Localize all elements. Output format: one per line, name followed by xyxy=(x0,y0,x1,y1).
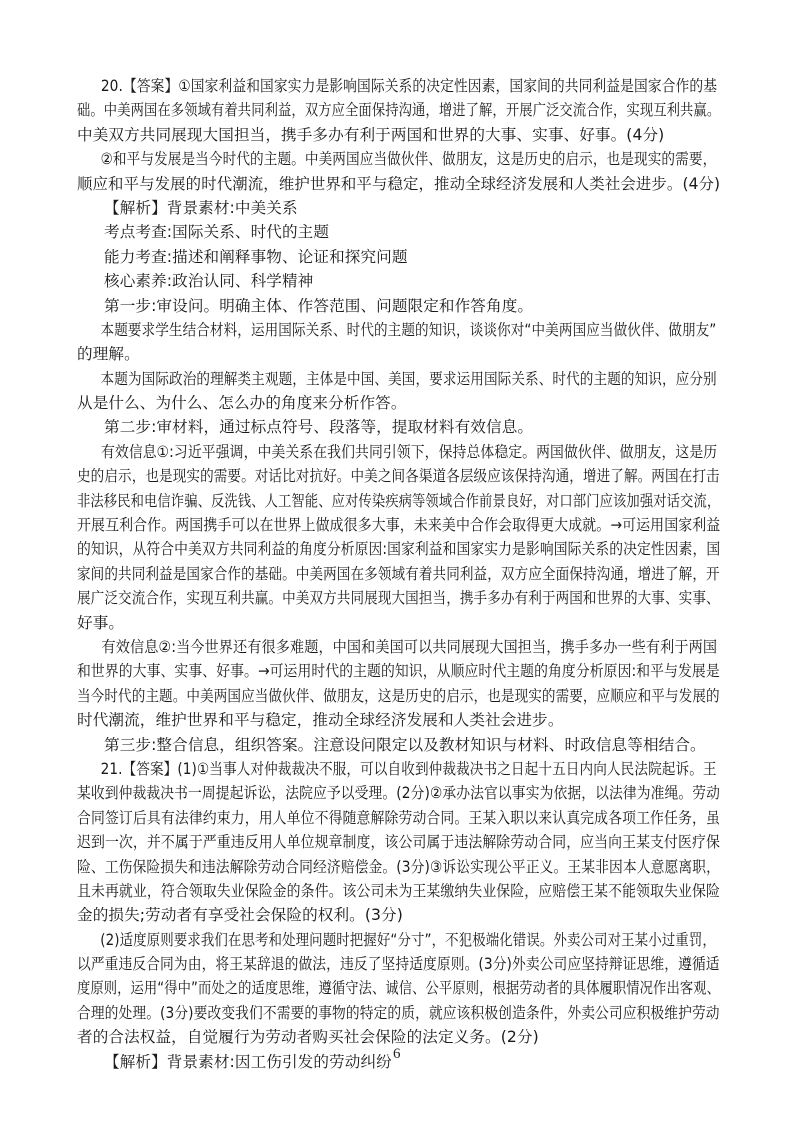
text-line: 【解析】背景素材:中美关系 xyxy=(77,196,720,220)
text-line: 能力考查:描述和阐释事物、论证和探究问题 xyxy=(77,245,720,269)
text-line: 家间的共同利益是国家合作的基础。中美两国在多领域有着共同利益，双方应全面保持沟通… xyxy=(77,562,637,586)
text-line: 有效信息②:当今世界还有很多难题，中国和美国可以共同展现大国担当，携手多办一些有… xyxy=(77,635,660,659)
text-line: 础。中美两国在多领域有着共同利益，双方应全面保持沟通，增进了解，开展广泛交流合作… xyxy=(77,98,626,122)
document-page: 20.【答案】①国家利益和国家实力是影响国际关系的决定性因素，国家间的共同利益是… xyxy=(77,74,720,1074)
text-line: 史的启示，也是现实的需要。对话比对抗好。中美之间各渠道各层级应该保持沟通，增进了… xyxy=(77,464,637,488)
text-line: 迟到一次，并不属于严重违反用人单位规章制度，该公司属于违法解除劳动合同，应当向王… xyxy=(77,830,650,854)
text-line: 当今时代的主题。中美两国应当做伙伴、做朋友，这是历史的启示，也是现实的需要，应顺… xyxy=(77,684,637,708)
text-line: (2)适度原则要求我们在思考和处理问题时把握好“分寸”，不犯极端化错误。外卖公司… xyxy=(77,928,632,952)
text-line: 的理解。 xyxy=(77,342,720,366)
text-line: 本题为国际政治的理解类主观题，主体是中国、美国，要求运用国际关系、时代的主题的知… xyxy=(77,367,638,391)
text-line: 以严重违反合同为由，将王某辞退的做法，违反了坚持适度原则。(3分)外卖公司应坚持… xyxy=(77,952,644,976)
text-line: 展广泛交流合作，实现互利共赢。中美双方共同展现大国担当，携手多办有利于两国和世界… xyxy=(77,586,637,610)
text-line: 20.【答案】①国家利益和国家实力是影响国际关系的决定性因素，国家间的共同利益是… xyxy=(77,74,644,98)
text-line: 某收到仲裁裁决书一周提起诉讼，法院应予以受理。(2分)②承办法官以事实为依据，以… xyxy=(77,781,646,805)
text-line: 开展互利合作。两国携手可以在世界上做成很多大事，未来美中合作会取得更大成就。→可… xyxy=(77,513,652,537)
page-number: 6 xyxy=(393,1046,401,1063)
text-line: 本题要求学生结合材料，运用国际关系、时代的主题的知识，谈谈你对“中美两国应当做伙… xyxy=(77,318,637,342)
text-line: 非法移民和电信诈骗、反洗钱、人工智能、应对传染疾病等领域合作前景良好，对口部门应… xyxy=(77,489,626,513)
text-line: 时代潮流，维护世界和平与稳定，推动全球经济发展和人类社会进步。 xyxy=(77,708,720,732)
text-line: 合同签订后具有法律约束力，用人单位不得随意解除劳动合同。王某入职以来认真完成各项… xyxy=(77,806,650,830)
text-line: 顺应和平与发展的时代潮流，维护世界和平与稳定，推动全球经济发展和人类社会进步。(… xyxy=(77,172,713,196)
text-line: 第一步:审设问。明确主体、作答范围、问题限定和作答角度。 xyxy=(77,294,720,318)
text-line: 且未再就业，符合领取失业保险金的条件。该公司未为王某缴纳失业保险，应赔偿王某不能… xyxy=(77,879,650,903)
text-line: 考点考查:国际关系、时代的主题 xyxy=(77,220,720,244)
text-line: 21.【答案】(1)①当事人对仲裁裁决不服，可以自收到仲裁裁决书之日起十五日内向… xyxy=(77,757,639,781)
text-line: 金的损失;劳动者有享受社会保险的权利。(3分) xyxy=(77,903,720,927)
text-line: 的知识，从符合中美双方共同利益的角度分析原因:国家利益和国家实力是影响国际关系的… xyxy=(77,537,646,561)
text-line: 合理的处理。(3分)要改变我们不需要的事物的特定的质，就应该积极创造条件，外卖公… xyxy=(77,1001,644,1025)
text-line: 险、工伤保险损失和违法解除劳动合同经济赔偿金。(3分)③诉讼实现公平正义。王某非… xyxy=(77,855,646,879)
text-line: 从是什么、为什么、怎么办的角度来分析作答。 xyxy=(77,391,720,415)
text-line: 中美双方共同展现大国担当，携手多办有利于两国和世界的大事、实事、好事。(4分) xyxy=(77,123,720,147)
text-line: 和世界的大事、实事、好事。→可运用时代的主题的知识，从顺应时代主题的角度分析原因… xyxy=(77,659,647,683)
text-line: 好事。 xyxy=(77,611,720,635)
text-line: 有效信息①:习近平强调，中美关系在我们共同引领下，保持总体稳定。两国做伙伴、做朋… xyxy=(77,440,648,464)
text-line: 度原则，运用“得中”而处之的适度思维，遵循守法、诚信、公平原则，根据劳动者的具体… xyxy=(77,976,625,1000)
text-line: 第三步:整合信息，组织答案。注意设问限定以及教材知识与材料、时政信息等相结合。 xyxy=(77,733,720,757)
text-line: ②和平与发展是当今时代的主题。中美两国应当做伙伴、做朋友，这是历史的启示，也是现… xyxy=(77,147,639,171)
text-line: 第二步:审材料，通过标点符号、段落等，提取材料有效信息。 xyxy=(77,415,720,439)
text-line: 核心素养:政治认同、科学精神 xyxy=(77,269,720,293)
